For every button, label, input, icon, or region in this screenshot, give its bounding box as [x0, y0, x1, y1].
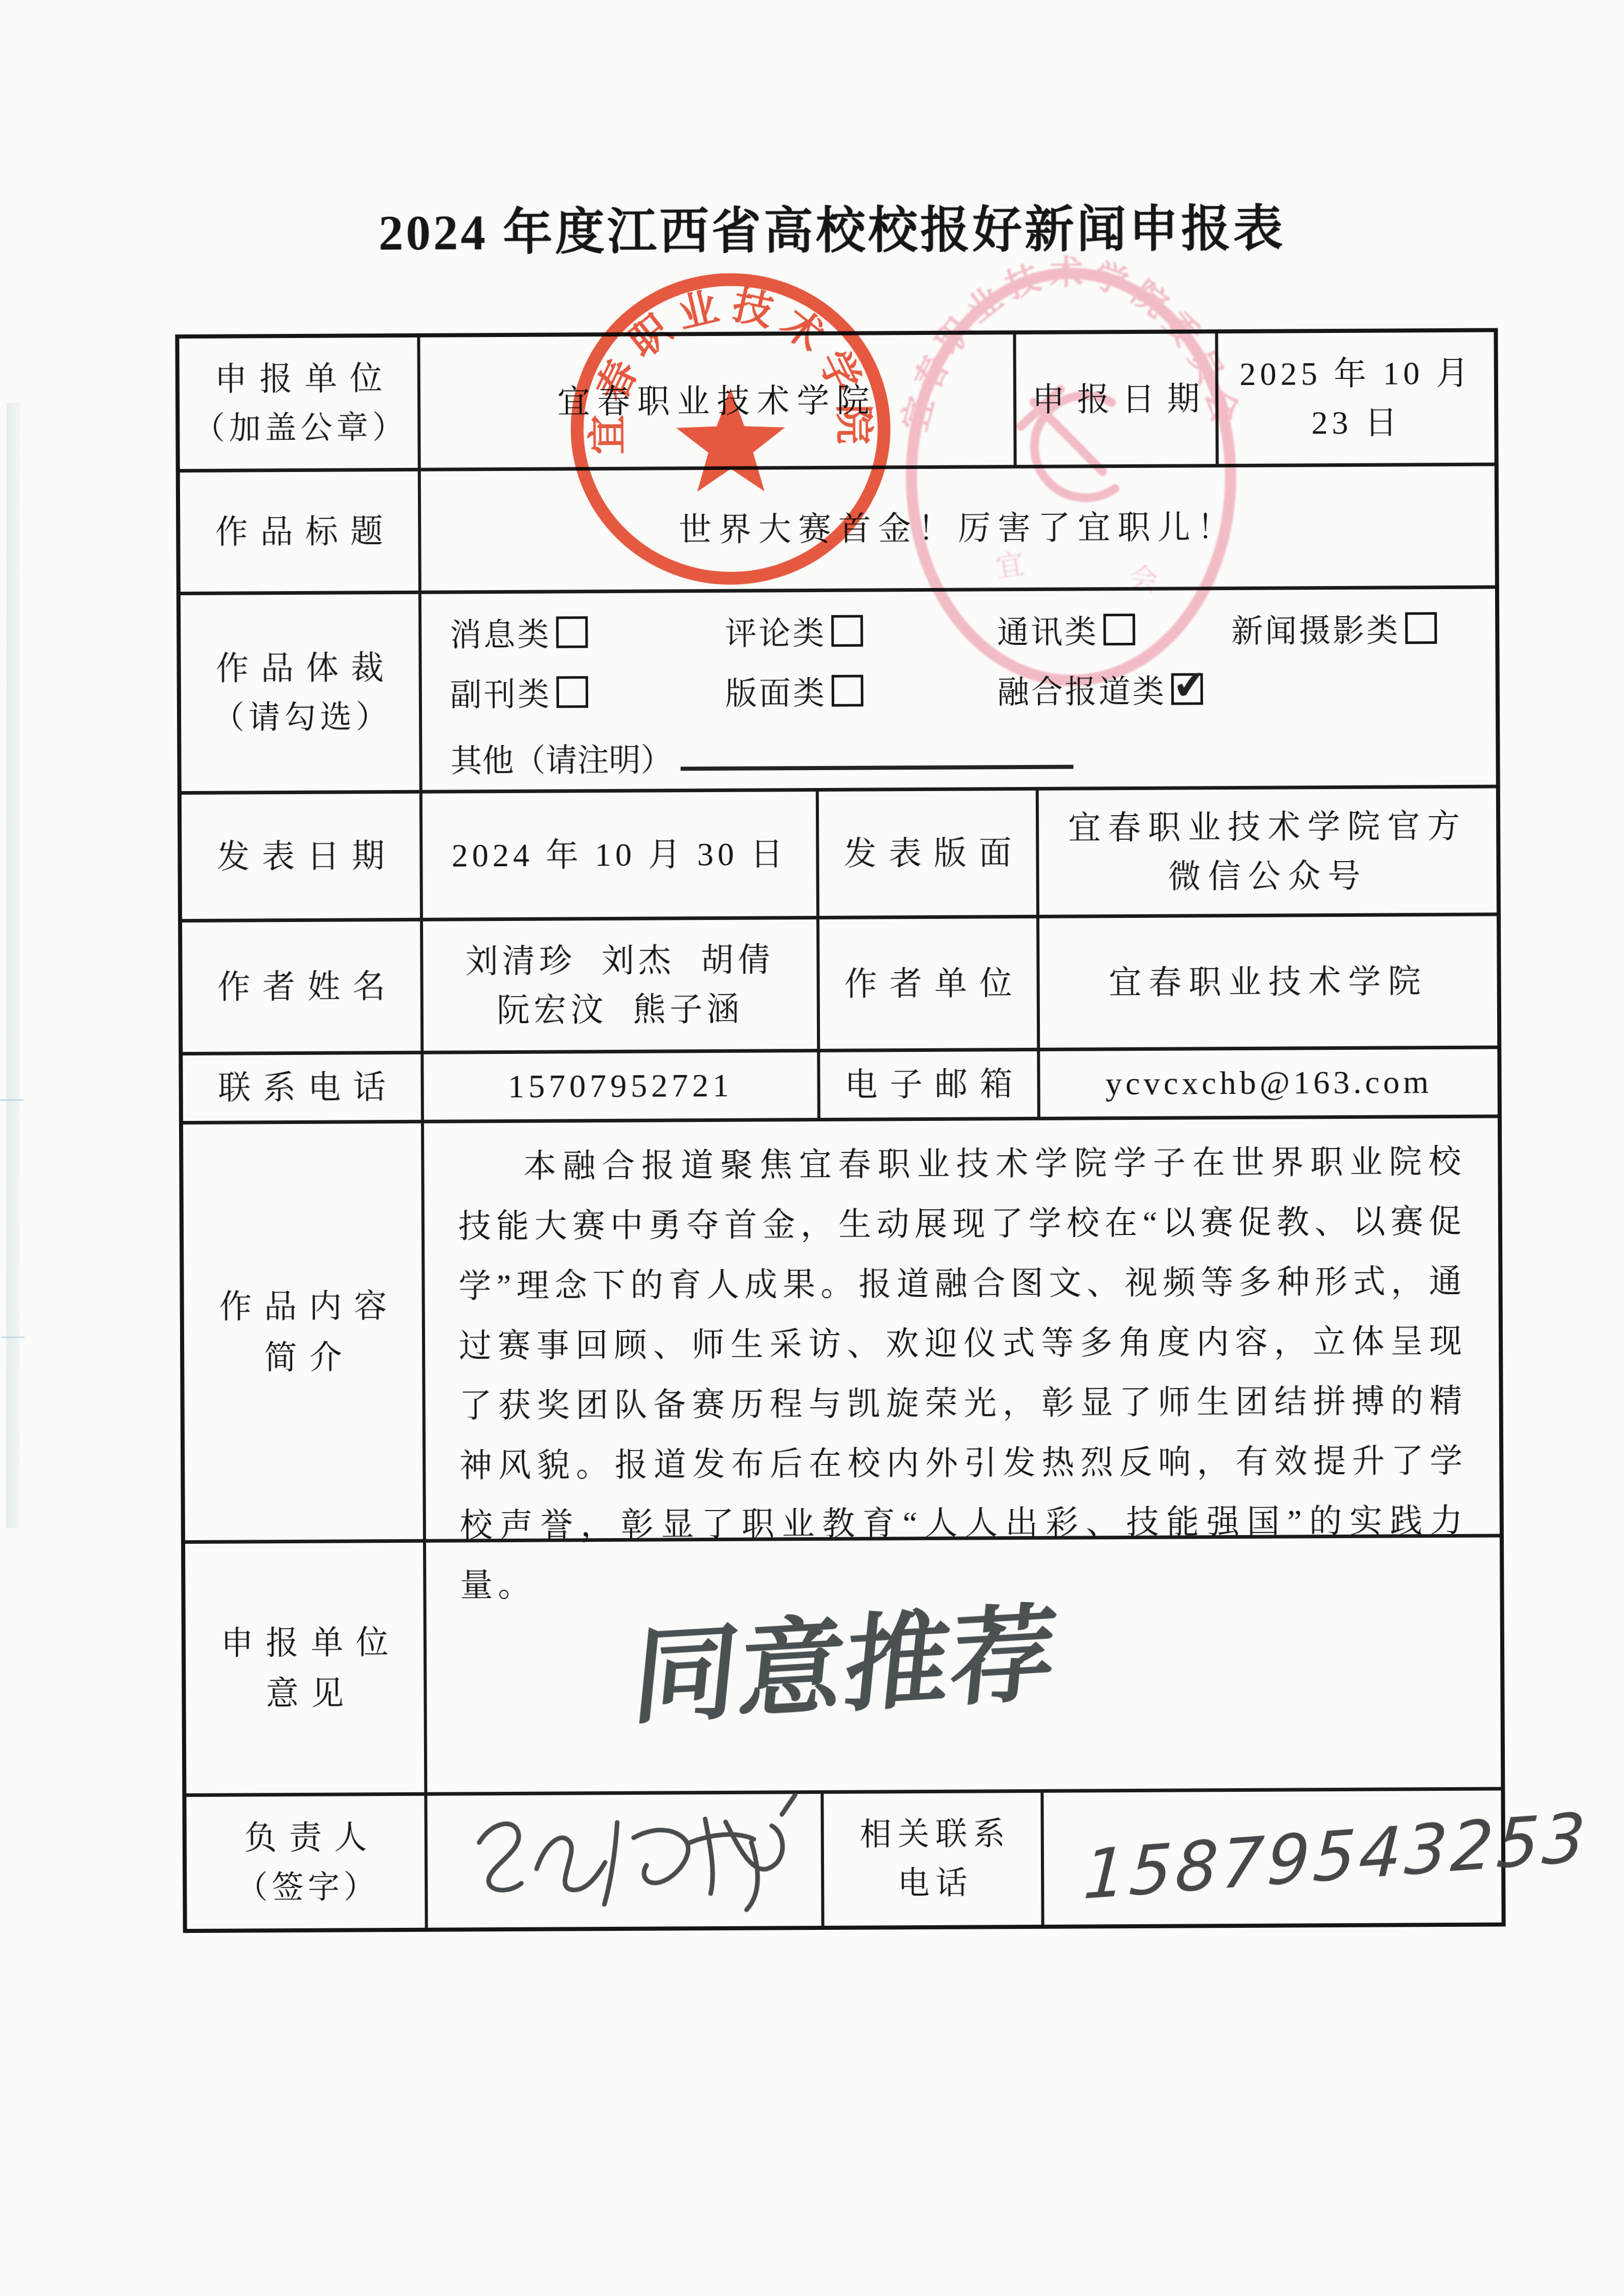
genre-other: 其他（请注明） [450, 733, 1073, 781]
summary-cell: 本融合报道聚焦宜春职业技术学院学子在世界职业院校技能大赛中勇夺首金，生动展现了学… [421, 1118, 1500, 1539]
row-contact: 联系电话 15707952721 电子邮箱 ycvcxchb@163.com [183, 1046, 1498, 1121]
genre-options-line2: 副刊类 版面类 融合报道类 [450, 666, 1203, 715]
label-responsible: 负责人 （签字） [186, 1796, 425, 1929]
publish-page-value: 宜春职业技术学院官方 微信公众号 [1036, 789, 1497, 915]
other-blank-field[interactable] [680, 735, 1073, 771]
label-work-title: 作品标题 [180, 471, 418, 592]
scan-line-artifact [0, 1099, 24, 1101]
genre-option: 评论类 [725, 608, 863, 654]
checkbox-layout[interactable] [832, 674, 863, 706]
genre-options: 消息类 评论类 通讯类 新闻摄影类 副刊类 版面类 融合报道类 其他（请注明） [418, 589, 1496, 790]
form-title: 2024 年度江西省高校校报好新闻申报表 [174, 187, 1489, 265]
genre-option: 融合报道类 [997, 666, 1203, 712]
checkbox-fusion-report[interactable] [1171, 673, 1203, 705]
label-email: 电子邮箱 [817, 1051, 1037, 1118]
label-declare-unit: 申报单位 （加盖公章） [179, 337, 417, 469]
declare-date-value: 2025 年 10 月 23 日 [1215, 332, 1494, 464]
publish-date-value: 2024 年 10 月 30 日 [419, 792, 816, 918]
label-publish-date: 发表日期 [182, 794, 420, 919]
label-publish-page: 发表版面 [816, 791, 1036, 916]
checkbox-communication[interactable] [1103, 613, 1135, 645]
label-authors: 作者姓名 [182, 921, 420, 1052]
genre-option: 新闻摄影类 [1231, 605, 1437, 651]
row-publish-date: 发表日期 2024 年 10 月 30 日 发表版面 宜春职业技术学院官方 微信… [182, 785, 1497, 919]
declare-unit-value: 宜春职业技术学院 [417, 334, 1013, 468]
genre-options-line1: 消息类 评论类 通讯类 新闻摄影类 [450, 605, 1437, 655]
label-contact-phone: 联系电话 [183, 1054, 421, 1121]
label-declare-date: 申报日期 [1013, 333, 1215, 465]
author-unit-value: 宜春职业技术学院 [1036, 916, 1497, 1048]
checkbox-comment[interactable] [831, 615, 863, 646]
label-related-phone: 相关联系 电话 [820, 1793, 1041, 1926]
scan-line-artifact [1, 1337, 25, 1338]
genre-option: 副刊类 [450, 669, 588, 715]
genre-option: 通讯类 [997, 606, 1135, 652]
row-summary: 作品内容 简介 本融合报道聚焦宜春职业技术学院学子在世界职业院校技能大赛中勇夺首… [183, 1115, 1500, 1541]
row-authors: 作者姓名 刘清珍 刘杰 胡倩 阮宏汶 熊子涵 作者单位 宜春职业技术学院 [182, 913, 1497, 1052]
scan-edge-artifact [6, 403, 20, 1528]
contact-phone-value: 15707952721 [420, 1052, 817, 1120]
checkbox-supplement[interactable] [557, 676, 588, 708]
row-declare-unit: 申报单位 （加盖公章） 宜春职业技术学院 申报日期 2025 年 10 月 23… [179, 332, 1494, 469]
checkbox-photography[interactable] [1405, 612, 1437, 644]
genre-option: 版面类 [725, 668, 863, 714]
row-work-title: 作品标题 世界大赛首金！厉害了宜职儿！ [180, 463, 1495, 592]
genre-option: 消息类 [450, 609, 588, 655]
authors-value: 刘清珍 刘杰 胡倩 阮宏汶 熊子涵 [420, 919, 817, 1051]
responsible-signature-cell [424, 1794, 821, 1928]
label-unit-opinion: 申报单位 意见 [185, 1543, 424, 1793]
email-value: ycvcxchb@163.com [1037, 1049, 1498, 1117]
checkbox-news[interactable] [556, 616, 588, 648]
label-author-unit: 作者单位 [816, 918, 1037, 1049]
row-genre: 作品体裁 （请勾选） 消息类 评论类 通讯类 新闻摄影类 副刊类 版面类 融合报… [181, 586, 1496, 792]
label-summary: 作品内容 简介 [183, 1123, 423, 1540]
work-title-value: 世界大赛首金！厉害了宜职儿！ [418, 466, 1495, 591]
scanned-form-sheet: 2024 年度江西省高校校报好新闻申报表 申报单位 （加盖公章） 宜春职业技术学… [0, 0, 1624, 2296]
label-genre: 作品体裁 （请勾选） [181, 594, 419, 791]
